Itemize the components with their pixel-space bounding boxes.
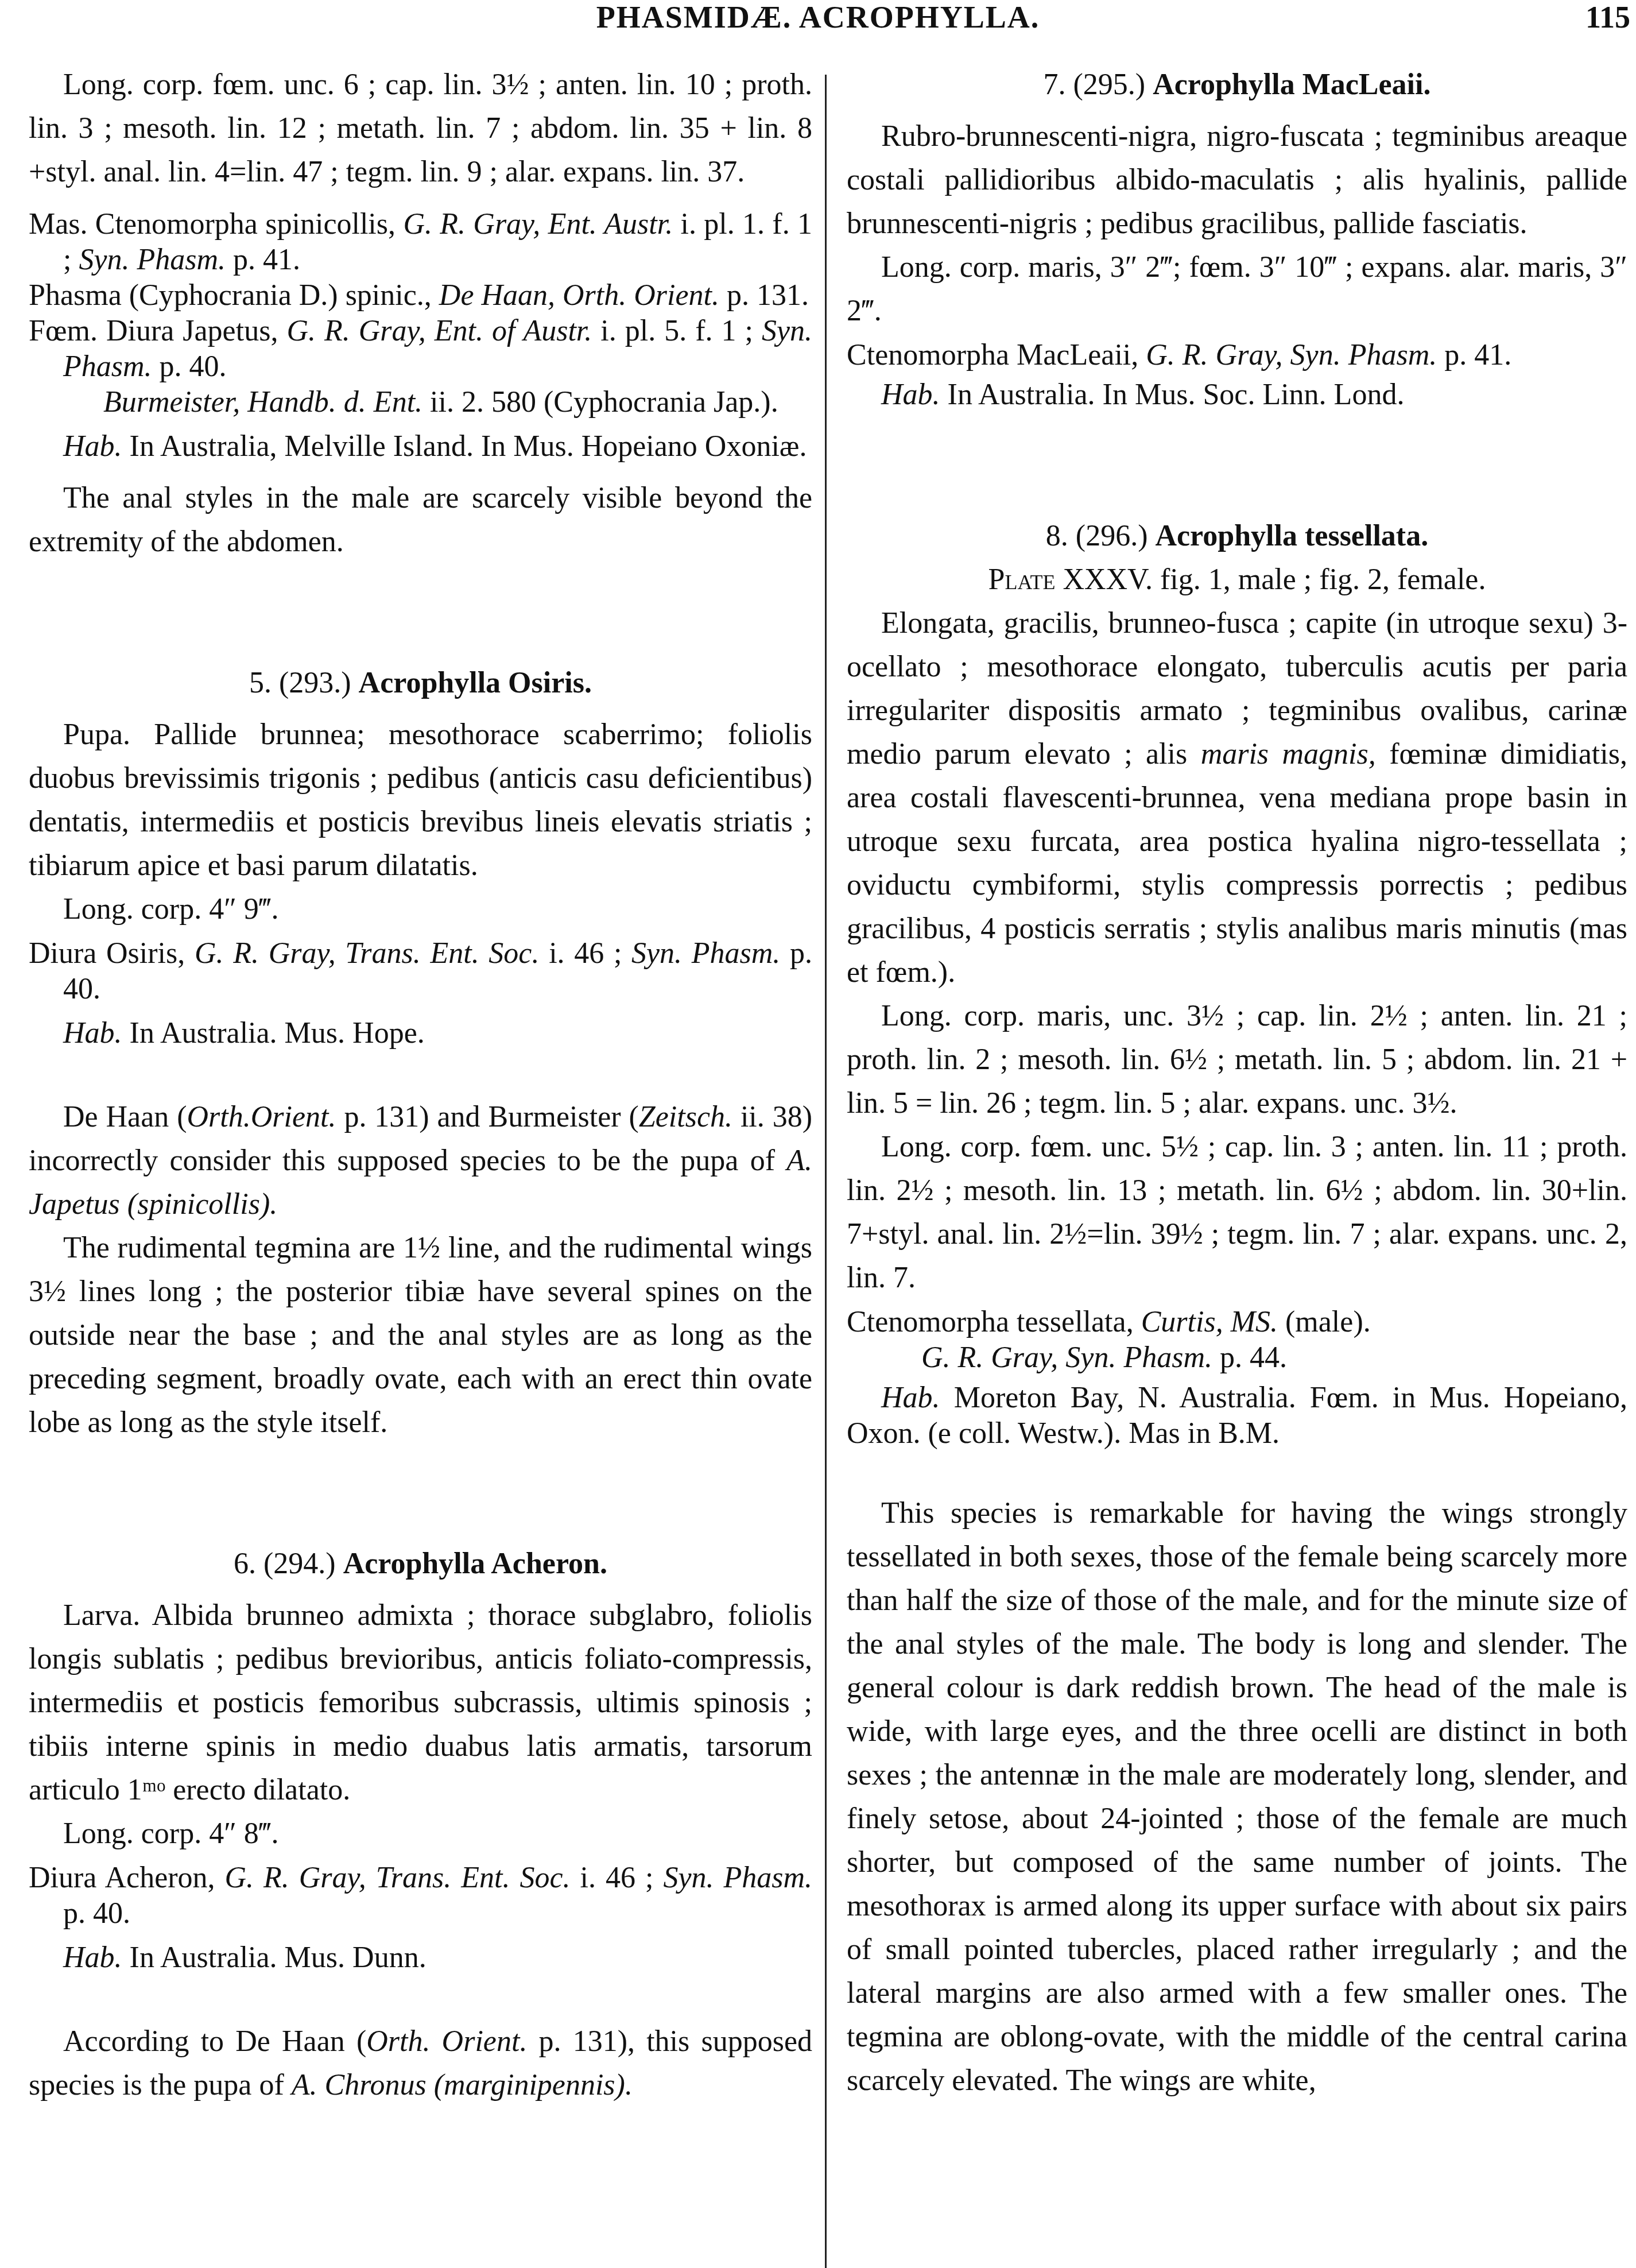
species-heading: 8. (296.) Acrophylla tessellata. <box>847 514 1627 558</box>
species-heading: 7. (295.) Acrophylla MacLeaii. <box>847 63 1627 107</box>
species-length: Long. corp. maris, 3″ 2‴; fœm. 3″ 10‴ ; … <box>847 246 1627 333</box>
species-description: Elongata, gracilis, brunneo-fusca ; capi… <box>847 602 1627 994</box>
synonym-entry: Ctenomorpha MacLeaii, G. R. Gray, Syn. P… <box>847 338 1627 373</box>
note-paragraph: The anal styles in the male are scarcely… <box>29 477 812 564</box>
measurements-paragraph: Long. corp. fœm. unc. 6 ; cap. lin. 3½ ;… <box>29 63 812 194</box>
synonym-entry: Phasma (Cyphocrania D.) spinic., De Haan… <box>29 278 812 314</box>
note-paragraph: De Haan (Orth.Orient. p. 131) and Burmei… <box>29 1096 812 1226</box>
left-column: Long. corp. fœm. unc. 6 ; cap. lin. 3½ ;… <box>29 63 812 2107</box>
synonym-entry: Diura Acheron, G. R. Gray, Trans. Ent. S… <box>29 1860 812 1932</box>
synonym-entry: Ctenomorpha tessellata, Curtis, MS. (mal… <box>847 1305 1627 1340</box>
species-length: Long. corp. 4″ 9‴. <box>29 888 812 931</box>
synonym-entry: Mas. Ctenomorpha spinicollis, G. R. Gray… <box>29 207 812 278</box>
species-length-female: Long. corp. fœm. unc. 5½ ; cap. lin. 3 ;… <box>847 1125 1627 1300</box>
plate-reference: Plate XXXV. fig. 1, male ; fig. 2, femal… <box>847 558 1627 602</box>
synonym-entry: G. R. Gray, Syn. Phasm. p. 44. <box>847 1340 1627 1376</box>
synonymy-block: Mas. Ctenomorpha spinicollis, G. R. Gray… <box>29 207 812 420</box>
habitat: Hab. Moreton Bay, N. Australia. Fœm. in … <box>847 1380 1627 1452</box>
species-length: Long. corp. 4″ 8‴. <box>29 1812 812 1856</box>
habitat: Hab. In Australia. Mus. Hope. <box>29 1012 812 1055</box>
species-heading: 6. (294.) Acrophylla Acheron. <box>29 1542 812 1586</box>
column-divider <box>825 75 827 2268</box>
species-description: Pupa. Pallide brunnea; mesothorace scabe… <box>29 713 812 888</box>
species-description: Larva. Albida brunneo admixta ; thorace … <box>29 1594 812 1812</box>
note-paragraph: The rudimental tegmina are 1½ line, and … <box>29 1226 812 1445</box>
note-paragraph: According to De Haan (Orth. Orient. p. 1… <box>29 2020 812 2107</box>
habitat: Hab. In Australia. Mus. Dunn. <box>29 1936 812 1980</box>
synonym-entry: Diura Osiris, G. R. Gray, Trans. Ent. So… <box>29 936 812 1007</box>
page-number: 115 <box>1585 0 1630 34</box>
running-head: PHASMIDÆ. ACROPHYLLA. 115 <box>0 0 1636 40</box>
synonym-entry: Fœm. Diura Japetus, G. R. Gray, Ent. of … <box>29 314 812 385</box>
synonym-entry: Burmeister, Handb. d. Ent. ii. 2. 580 (C… <box>29 385 812 420</box>
habitat: Hab. In Australia. In Mus. Soc. Linn. Lo… <box>847 373 1627 417</box>
note-paragraph: This species is remarkable for having th… <box>847 1492 1627 2103</box>
running-title: PHASMIDÆ. ACROPHYLLA. <box>0 0 1636 34</box>
habitat: Hab. In Australia, Melville Island. In M… <box>29 425 812 469</box>
species-description: Rubro-brunnescenti-nigra, nigro-fuscata … <box>847 115 1627 246</box>
species-length-male: Long. corp. maris, unc. 3½ ; cap. lin. 2… <box>847 994 1627 1125</box>
right-column: 7. (295.) Acrophylla MacLeaii. Rubro-bru… <box>847 63 1627 2103</box>
species-heading: 5. (293.) Acrophylla Osiris. <box>29 661 812 705</box>
